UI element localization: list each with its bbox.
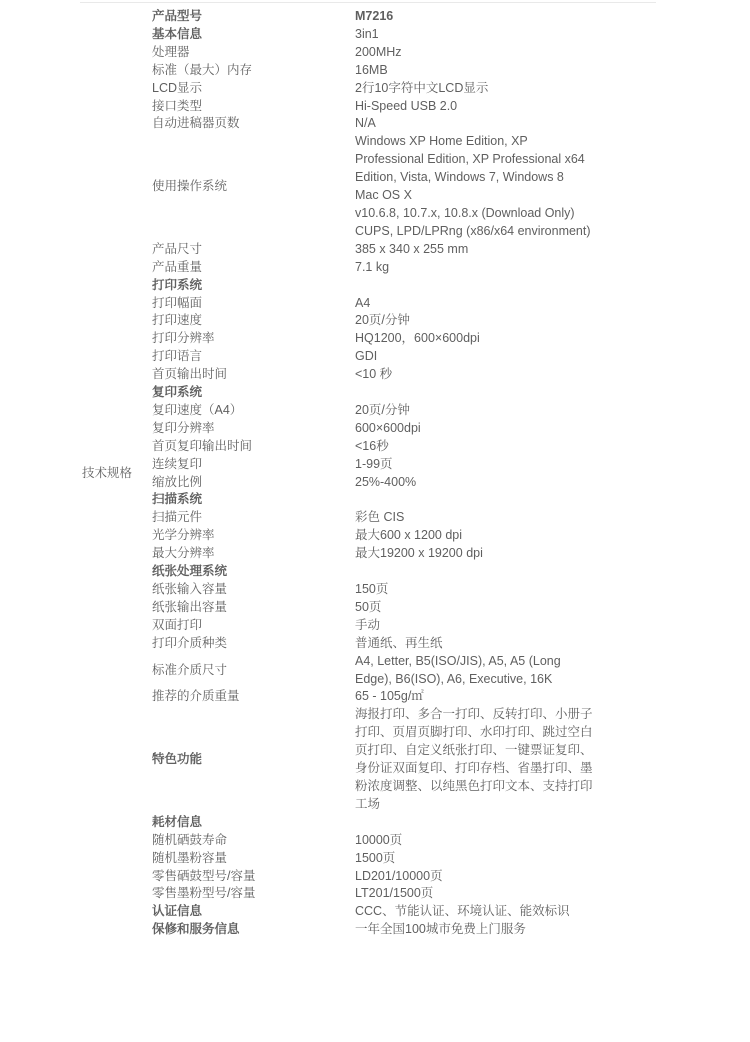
spec-label: 自动进稿器页数 — [152, 115, 355, 133]
spec-row: 推荐的介质重量 65 - 105g/㎡ — [152, 688, 656, 706]
spec-row: 产品型号 M7216 — [152, 8, 656, 26]
spec-value: GDI — [355, 348, 596, 366]
spec-row: 双面打印 手动 — [152, 617, 656, 635]
spec-row: 打印速度 20页/分钟 — [152, 312, 656, 330]
spec-label: 使用操作系统 — [152, 178, 355, 196]
spec-value: 10000页 — [355, 832, 596, 850]
spec-label: 基本信息 — [152, 26, 355, 44]
spec-label: 扫描元件 — [152, 509, 355, 527]
spec-row: 打印语言 GDI — [152, 348, 656, 366]
spec-row: 纸张输出容量 50页 — [152, 599, 656, 617]
spec-row: 自动进稿器页数 N/A — [152, 115, 656, 133]
spec-row: 复印分辨率 600×600dpi — [152, 420, 656, 438]
spec-row: 耗材信息 — [152, 814, 656, 832]
spec-row: 最大分辨率 最大19200 x 19200 dpi — [152, 545, 656, 563]
spec-label: 打印语言 — [152, 348, 355, 366]
spec-value: Windows XP Home Edition, XP Professional… — [355, 133, 596, 240]
spec-label: 扫描系统 — [152, 491, 355, 509]
spec-row: 光学分辨率 最大600 x 1200 dpi — [152, 527, 656, 545]
spec-row: 随机墨粉容量 1500页 — [152, 850, 656, 868]
product-spec-page: 技术规格 产品型号 M7216 基本信息 3in1 处理器 200MHz 标准（… — [0, 0, 750, 1042]
spec-label: 双面打印 — [152, 617, 355, 635]
spec-label: 纸张输入容量 — [152, 581, 355, 599]
spec-value: M7216 — [355, 8, 596, 26]
spec-value: 普通纸、再生纸 — [355, 635, 596, 653]
spec-rows: 产品型号 M7216 基本信息 3in1 处理器 200MHz 标准（最大）内存… — [152, 3, 656, 945]
spec-row: 特色功能 海报打印、多合一打印、反转打印、小册子打印、页眉页脚打印、水印打印、跳… — [152, 706, 656, 813]
spec-row: 打印分辨率 HQ1200，600×600dpi — [152, 330, 656, 348]
spec-row: 纸张处理系统 — [152, 563, 656, 581]
spec-value: Hi-Speed USB 2.0 — [355, 98, 596, 116]
spec-label: 打印系统 — [152, 277, 355, 295]
spec-value: 1500页 — [355, 850, 596, 868]
spec-label: 最大分辨率 — [152, 545, 355, 563]
spec-row: 纸张输入容量 150页 — [152, 581, 656, 599]
spec-value: 200MHz — [355, 44, 596, 62]
spec-label: 纸张处理系统 — [152, 563, 355, 581]
spec-value: 20页/分钟 — [355, 312, 596, 330]
spec-value: 海报打印、多合一打印、反转打印、小册子打印、页眉页脚打印、水印打印、跳过空白页打… — [355, 706, 596, 813]
spec-label: 耗材信息 — [152, 814, 355, 832]
spec-value: 彩色 CIS — [355, 509, 596, 527]
spec-row: 复印系统 — [152, 384, 656, 402]
spec-row: 处理器 200MHz — [152, 44, 656, 62]
spec-row: 首页复印输出时间 <16秒 — [152, 438, 656, 456]
spec-label: 标准介质尺寸 — [152, 662, 355, 680]
spec-label: 光学分辨率 — [152, 527, 355, 545]
spec-row: 产品尺寸 385 x 340 x 255 mm — [152, 241, 656, 259]
spec-row: 零售硒鼓型号/容量 LD201/10000页 — [152, 868, 656, 886]
spec-value: 手动 — [355, 617, 596, 635]
spec-value: 25%-400% — [355, 474, 596, 492]
spec-row: 认证信息 CCC、节能认证、环境认证、能效标识 — [152, 903, 656, 921]
spec-value: 7.1 kg — [355, 259, 596, 277]
spec-row: 扫描系统 — [152, 491, 656, 509]
spec-label: 复印速度（A4） — [152, 402, 355, 420]
spec-value: 50页 — [355, 599, 596, 617]
spec-value: 16MB — [355, 62, 596, 80]
spec-row: 使用操作系统 Windows XP Home Edition, XP Profe… — [152, 133, 656, 240]
spec-row: 扫描元件 彩色 CIS — [152, 509, 656, 527]
spec-label: 打印幅面 — [152, 295, 355, 313]
spec-row: 标准（最大）内存 16MB — [152, 62, 656, 80]
spec-label: 首页输出时间 — [152, 366, 355, 384]
spec-value: CCC、节能认证、环境认证、能效标识 — [355, 903, 596, 921]
spec-row: LCD显示 2行10字符中文LCD显示 — [152, 80, 656, 98]
spec-row: 连续复印 1-99页 — [152, 456, 656, 474]
spec-value: 3in1 — [355, 26, 596, 44]
spec-row: 打印介质种类 普通纸、再生纸 — [152, 635, 656, 653]
side-label-cell: 技术规格 — [80, 3, 152, 945]
spec-row: 随机硒鼓寿命 10000页 — [152, 832, 656, 850]
spec-value: 150页 — [355, 581, 596, 599]
spec-row: 缩放比例 25%-400% — [152, 474, 656, 492]
spec-value: 最大19200 x 19200 dpi — [355, 545, 596, 563]
spec-row: 产品重量 7.1 kg — [152, 259, 656, 277]
spec-row: 首页输出时间 <10 秒 — [152, 366, 656, 384]
spec-value: A4 — [355, 295, 596, 313]
spec-label: 随机硒鼓寿命 — [152, 832, 355, 850]
spec-value: 385 x 340 x 255 mm — [355, 241, 596, 259]
spec-label: 零售墨粉型号/容量 — [152, 885, 355, 903]
spec-value: A4, Letter, B5(ISO/JIS), A5, A5 (Long Ed… — [355, 653, 596, 689]
spec-value: HQ1200，600×600dpi — [355, 330, 596, 348]
spec-value: 65 - 105g/㎡ — [355, 688, 596, 706]
spec-label: 接口类型 — [152, 98, 355, 116]
spec-label: 缩放比例 — [152, 474, 355, 492]
spec-label: 保修和服务信息 — [152, 921, 355, 939]
spec-value: <10 秒 — [355, 366, 596, 384]
spec-row: 打印幅面 A4 — [152, 295, 656, 313]
spec-value: <16秒 — [355, 438, 596, 456]
spec-row: 保修和服务信息 一年全国100城市免费上门服务 — [152, 921, 656, 939]
spec-value: LD201/10000页 — [355, 868, 596, 886]
spec-label: 打印分辨率 — [152, 330, 355, 348]
spec-label: 复印系统 — [152, 384, 355, 402]
spec-row: 接口类型 Hi-Speed USB 2.0 — [152, 98, 656, 116]
section-title: 技术规格 — [80, 465, 132, 483]
spec-label: 认证信息 — [152, 903, 355, 921]
spec-label: 连续复印 — [152, 456, 355, 474]
spec-label: 复印分辨率 — [152, 420, 355, 438]
spec-value: LT201/1500页 — [355, 885, 596, 903]
spec-label: 打印速度 — [152, 312, 355, 330]
spec-label: 特色功能 — [152, 751, 355, 769]
spec-label: 随机墨粉容量 — [152, 850, 355, 868]
spec-label: 产品重量 — [152, 259, 355, 277]
spec-value: 20页/分钟 — [355, 402, 596, 420]
spec-value: N/A — [355, 115, 596, 133]
spec-label: 处理器 — [152, 44, 355, 62]
spec-row: 打印系统 — [152, 277, 656, 295]
spec-value: 1-99页 — [355, 456, 596, 474]
spec-label: 产品尺寸 — [152, 241, 355, 259]
spec-value: 最大600 x 1200 dpi — [355, 527, 596, 545]
spec-row: 复印速度（A4） 20页/分钟 — [152, 402, 656, 420]
spec-label: 产品型号 — [152, 8, 355, 26]
spec-value: 一年全国100城市免费上门服务 — [355, 921, 596, 939]
spec-table: 技术规格 产品型号 M7216 基本信息 3in1 处理器 200MHz 标准（… — [80, 2, 656, 945]
spec-value: 600×600dpi — [355, 420, 596, 438]
spec-label: 标准（最大）内存 — [152, 62, 355, 80]
spec-value: 2行10字符中文LCD显示 — [355, 80, 596, 98]
spec-row: 标准介质尺寸 A4, Letter, B5(ISO/JIS), A5, A5 (… — [152, 653, 656, 689]
spec-label: LCD显示 — [152, 80, 355, 98]
spec-label: 推荐的介质重量 — [152, 688, 355, 706]
spec-label: 纸张输出容量 — [152, 599, 355, 617]
spec-row: 基本信息 3in1 — [152, 26, 656, 44]
spec-label: 首页复印输出时间 — [152, 438, 355, 456]
spec-label: 打印介质种类 — [152, 635, 355, 653]
spec-label: 零售硒鼓型号/容量 — [152, 868, 355, 886]
spec-row: 零售墨粉型号/容量 LT201/1500页 — [152, 885, 656, 903]
